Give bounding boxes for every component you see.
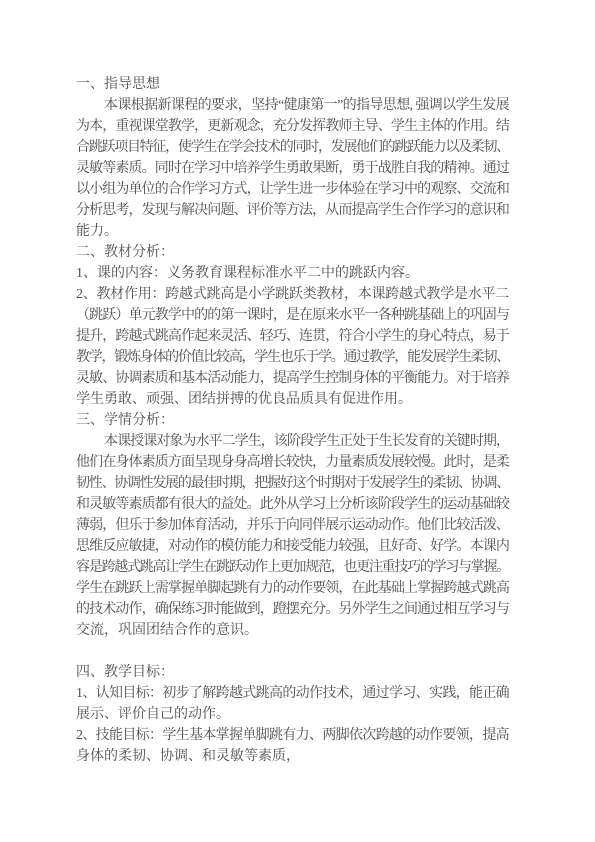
text-line-content: 1、课的内容：义务教育课程标准水平二中的跳跃内容。 [76, 266, 419, 281]
text-line: 灵敏等素质。同时在学习中培养学生勇敢果断，勇于战胜自我的精神。通过 [76, 158, 509, 179]
text-line: 三、学情分析： [76, 410, 509, 431]
document-page: 一、指导思想本课根据新课程的要求，坚持“健康第一”的指导思想, 强调以学生发展为… [0, 0, 595, 842]
text-line-content: 1、认知目标：初步了解跨越式跳高的动作技术，通过学习、实践，能正确 [76, 686, 509, 701]
text-line-content: 灵敏、协调素质和基本活动能力，提高学生控制身体的平衡能力。对于培养 [76, 371, 509, 386]
text-line-content: 为本，重视课堂教学，更新观念，充分发挥教师主导、学生主体的作用。结 [76, 119, 509, 134]
text-line-content: 学生在跳跃上需掌握单脚起跳有力的动作要领，在此基础上掌握跨越式跳高 [76, 581, 509, 596]
text-line-content: 三、学情分析： [76, 413, 174, 428]
text-line: 思维反应敏捷，对动作的模仿能力和接受能力较强，且好奇、好学。本课内 [76, 536, 509, 557]
text-line-content: 思维反应敏捷，对动作的模仿能力和接受能力较强，且好奇、好学。本课内 [76, 539, 509, 554]
text-line-content: 提升，跨越式跳高作起来灵活、轻巧、连贯，符合小学生的身心特点，易于 [76, 329, 509, 344]
text-line-content: 本课授课对象为水平二学生，该阶段学生正处于生长发育的关键时期， [104, 434, 509, 449]
text-line-content: 身体的柔韧、协调、和灵敏等素质， [76, 749, 300, 764]
text-line-content: 薄弱，但乐于参加体育活动，并乐于向同伴展示运动动作。他们比较活泼、 [76, 518, 509, 533]
text-line-content: 容是跨越式跳高让学生在跳跃动作上更加规范，也更注重技巧的学习与掌握。 [76, 560, 509, 575]
text-line: 身体的柔韧、协调、和灵敏等素质， [76, 746, 509, 767]
text-line-content: 2、技能目标：学生基本掌握单脚跳有力、两脚依次跨越的动作要领，提高 [76, 728, 509, 743]
text-line-content: 2、教材作用：跨越式跳高是小学跳跃类教材，本课跨越式教学是水平二 [76, 287, 509, 302]
text-line: 能力。 [76, 221, 509, 242]
text-line: 灵敏、协调素质和基本活动能力，提高学生控制身体的平衡能力。对于培养 [76, 368, 509, 389]
text-line: 薄弱，但乐于参加体育活动，并乐于向同伴展示运动动作。他们比较活泼、 [76, 515, 509, 536]
text-line: 四、教学目标： [76, 662, 509, 683]
text-line: 本课根据新课程的要求，坚持“健康第一”的指导思想, 强调以学生发展 [76, 95, 509, 116]
text-line-content: 的技术动作，确保练习时能做到，蹬摆充分。另外学生之间通过相互学习与 [76, 602, 509, 617]
text-line-content: 分析思考，发现与解决问题、评价等方法，从而提高学生合作学习的意识和 [76, 203, 509, 218]
text-line-content: 灵敏等素质。同时在学习中培养学生勇敢果断，勇于战胜自我的精神。通过 [76, 161, 509, 176]
text-line: 教学，锻炼身体的价值比较高，学生也乐于学。通过教学，能发展学生柔韧、 [76, 347, 509, 368]
text-line: 容是跨越式跳高让学生在跳跃动作上更加规范，也更注重技巧的学习与掌握。 [76, 557, 509, 578]
text-line: 展示、评价自己的动作。 [76, 704, 509, 725]
text-line-content: 和灵敏等素质都有很大的益处。此外从学习上分析该阶段学生的运动基础较 [76, 497, 509, 512]
text-line: 为本，重视课堂教学，更新观念，充分发挥教师主导、学生主体的作用。结 [76, 116, 509, 137]
text-line: 学生在跳跃上需掌握单脚起跳有力的动作要领，在此基础上掌握跨越式跳高 [76, 578, 509, 599]
text-line-content: 以小组为单位的合作学习方式，让学生进一步体验在学习中的观察、交流和 [76, 182, 509, 197]
text-line-content: 教学，锻炼身体的价值比较高，学生也乐于学。通过教学，能发展学生柔韧、 [76, 350, 509, 365]
text-line: 合跳跃项目特征，使学生在学会技术的同时，发展他们的跳跃能力以及柔韧、 [76, 137, 509, 158]
text-line: 一、指导思想 [76, 74, 509, 95]
text-line: 1、认知目标：初步了解跨越式跳高的动作技术，通过学习、实践，能正确 [76, 683, 509, 704]
text-line: 本课授课对象为水平二学生，该阶段学生正处于生长发育的关键时期， [76, 431, 509, 452]
text-line-content: （跳跃）单元教学中的的第一课时，是在原来水平一各种跳基础上的巩固与 [76, 308, 509, 323]
text-line-content: 交流，巩固团结合作的意识。 [76, 623, 258, 638]
text-line: （跳跃）单元教学中的的第一课时，是在原来水平一各种跳基础上的巩固与 [76, 305, 509, 326]
text-line: 他们在身体素质方面呈现身身高增长较快，力量素质发展较慢。此时，是柔 [76, 452, 509, 473]
text-line: 交流，巩固团结合作的意识。 [76, 620, 509, 641]
text-line-content: 二、教材分析： [76, 245, 174, 260]
document-body: 一、指导思想本课根据新课程的要求，坚持“健康第一”的指导思想, 强调以学生发展为… [76, 74, 509, 767]
text-line: 以小组为单位的合作学习方式，让学生进一步体验在学习中的观察、交流和 [76, 179, 509, 200]
text-line-content: 一、指导思想 [76, 77, 160, 92]
text-line: 和灵敏等素质都有很大的益处。此外从学习上分析该阶段学生的运动基础较 [76, 494, 509, 515]
text-line-content: 学生勇敢、顽强、团结拼搏的优良品质具有促进作用。 [76, 392, 412, 407]
text-line: 提升，跨越式跳高作起来灵活、轻巧、连贯，符合小学生的身心特点，易于 [76, 326, 509, 347]
text-line: 韧性、协调性发展的最佳时期，把握好这个时期对于发展学生的柔韧、协调、 [76, 473, 509, 494]
text-line: 二、教材分析： [76, 242, 509, 263]
text-line: 的技术动作，确保练习时能做到，蹬摆充分。另外学生之间通过相互学习与 [76, 599, 509, 620]
text-line: 分析思考，发现与解决问题、评价等方法，从而提高学生合作学习的意识和 [76, 200, 509, 221]
text-line-content: 展示、评价自己的动作。 [76, 707, 230, 722]
text-line: 学生勇敢、顽强、团结拼搏的优良品质具有促进作用。 [76, 389, 509, 410]
text-line-content: 本课根据新课程的要求，坚持“健康第一”的指导思想, 强调以学生发展 [104, 98, 509, 113]
text-line: 1、课的内容：义务教育课程标准水平二中的跳跃内容。 [76, 263, 509, 284]
text-line-content: 韧性、协调性发展的最佳时期，把握好这个时期对于发展学生的柔韧、协调、 [76, 476, 509, 491]
text-line-content: 能力。 [76, 224, 118, 239]
blank-line [76, 641, 509, 662]
text-line: 2、技能目标：学生基本掌握单脚跳有力、两脚依次跨越的动作要领，提高 [76, 725, 509, 746]
text-line-content: 他们在身体素质方面呈现身身高增长较快，力量素质发展较慢。此时，是柔 [76, 455, 509, 470]
text-line-content: 四、教学目标： [76, 665, 174, 680]
text-line: 2、教材作用：跨越式跳高是小学跳跃类教材，本课跨越式教学是水平二 [76, 284, 509, 305]
text-line-content: 合跳跃项目特征，使学生在学会技术的同时，发展他们的跳跃能力以及柔韧、 [76, 140, 509, 155]
